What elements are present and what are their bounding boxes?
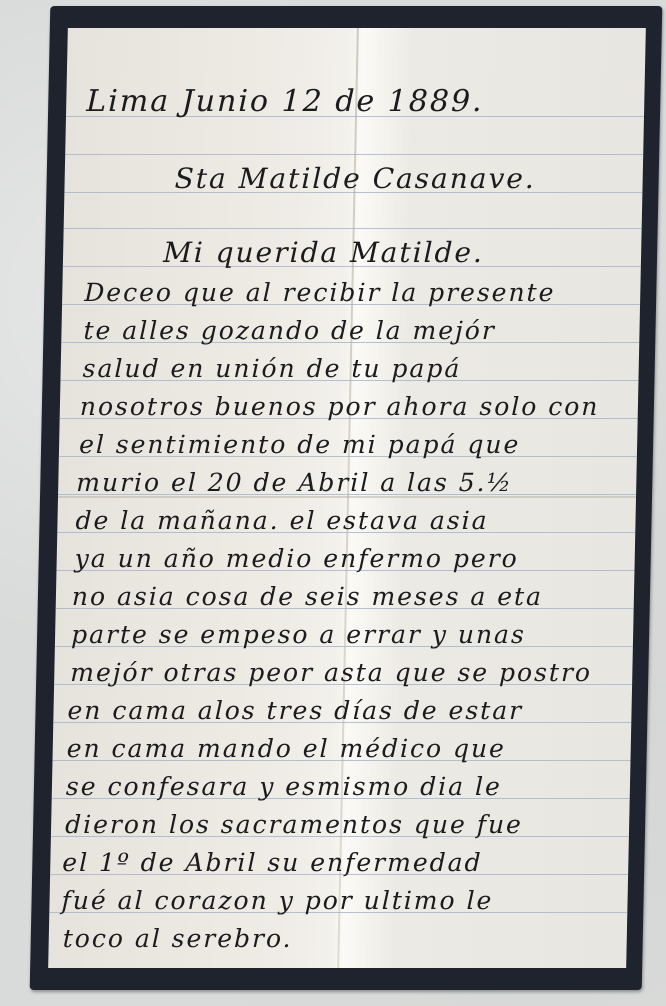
body-line: no asia cosa de seis meses a eta [72,582,544,611]
body-line: mejór otras peor asta que se postro [70,658,592,687]
mourning-letter: Lima Junio 12 de 1889. Sta Matilde Casan… [30,6,663,990]
body-line: el sentimiento de mi papá que [79,430,521,459]
ruled-line [64,228,642,229]
body-line: el 1º de Abril su enfermedad [62,848,483,877]
body-line: Deceo que al recibir la presente [84,278,556,307]
ruled-line [65,154,643,155]
letter-paper: Lima Junio 12 de 1889. Sta Matilde Casan… [48,28,646,968]
body-line: te alles gozando de la mejór [83,316,496,345]
dateline: Lima Junio 12 de 1889. [86,84,484,119]
salutation: Mi querida Matilde. [163,236,485,269]
body-line: parte se empeso a errar y unas [71,620,526,649]
body-line: en cama alos tres días de estar [67,696,523,725]
body-line: se confesara y esmismo dia le [66,772,502,801]
body-line: salud en unión de tu papá [82,354,461,383]
addressee: Sta Matilde Casanave. [174,162,536,195]
body-line: en cama mando el médico que [66,734,506,763]
body-line: murio el 20 de Abril a las 5.½ [76,468,513,497]
body-line: nosotros buenos por ahora solo con [80,392,600,421]
body-line: toco al serebro. [62,924,292,953]
body-line: de la mañana. el estava asia [75,506,489,535]
body-line: ya un año medio enfermo pero [74,544,519,573]
body-line: dieron los sacramentos que fue [65,810,523,839]
body-line: fué al corazon y por ultimo le [61,886,493,915]
